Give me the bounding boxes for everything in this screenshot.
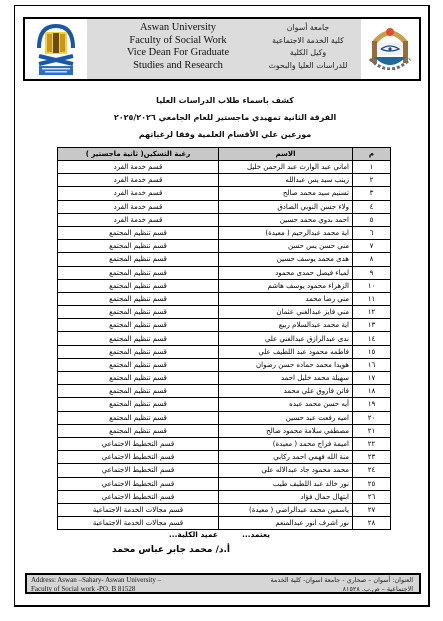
department-preference: قسم تنظيم المجتمع	[58, 266, 219, 279]
row-number: ١٧	[353, 372, 391, 385]
student-name: فاتن فاروق علي محمد	[219, 385, 353, 398]
student-name: اميه رفعت عبد حسين	[219, 411, 353, 424]
address-footer: Address: Aswan –Sahary- Aswan University…	[25, 573, 421, 594]
department-preference: قسم تنظيم المجتمع	[58, 398, 219, 411]
header-arabic-line: جامعة أسوان	[253, 22, 363, 35]
footer-english-line: Address: Aswan –Sahary- Aswan University…	[31, 576, 161, 585]
row-number: ٢٧	[353, 503, 391, 516]
student-name: أيه حسن محمد عبده	[219, 398, 353, 411]
table-row: ٢زينب سيد يس عبداللهقسم خدمة الفرد	[58, 174, 391, 187]
header-arabic-line: وكيل الكلية	[253, 47, 363, 60]
header-english-line: Faculty of Social Work	[103, 35, 253, 48]
row-number: ١٨	[353, 385, 391, 398]
row-number: ١٥	[353, 345, 391, 358]
student-name: اماني عبد الوارث عبد الرحمن خليل	[219, 161, 353, 174]
table-row: ١٤ندى عبدالرازق عبدالغني عليقسم تنظيم ال…	[58, 332, 391, 345]
student-name: سهيلة محمد خليل احمد	[219, 372, 353, 385]
table-row: ١١مني رضا محمدقسم تنظيم المجتمع	[58, 292, 391, 305]
department-preference: قسم تنظيم المجتمع	[58, 385, 219, 398]
student-name: مصطفي سلامة محمود صالح	[219, 424, 353, 437]
header-arabic-line: للدراسات العليا والبحوث	[253, 60, 363, 73]
footer-arabic: العنوان: أسوان – صحاري - جامعة اسوان- كل…	[243, 576, 413, 593]
student-name: ندى عبدالرازق عبدالغني علي	[219, 332, 353, 345]
title-line-1: كشف باسماء طلاب الدراسات العليا	[60, 92, 390, 109]
table-row: ١٣اية محمد عبدالسلام ربيعقسم تنظيم المجت…	[58, 319, 391, 332]
faculty-logo-icon	[33, 22, 79, 76]
table-row: ٨هدى محمد يوسف حسينقسم تنظيم المجتمع	[58, 253, 391, 266]
footer-english-line: Faculty of Social work -PO. B 81528	[31, 585, 161, 594]
table-row: ١٨فاتن فاروق علي محمدقسم تنظيم المجتمع	[58, 385, 391, 398]
row-number: ١٩	[353, 398, 391, 411]
table-row: ٢١مصطفي سلامة محمود صالحقسم تنظيم المجتم…	[58, 424, 391, 437]
table-row: ١٥فاطمه محمود عبد اللطيف عليقسم تنظيم ال…	[58, 345, 391, 358]
student-name: الزهراء محمود يوسف هاشم	[219, 279, 353, 292]
footer-arabic-line: العنوان: أسوان – صحاري - جامعة اسوان- كل…	[243, 576, 413, 585]
table-row: ٢٠اميه رفعت عبد حسينقسم تنظيم المجتمع	[58, 411, 391, 424]
student-name: مني حسن يس حسن	[219, 240, 353, 253]
department-preference: قسم خدمة الفرد	[58, 187, 219, 200]
header-name: الاسم	[219, 148, 353, 161]
student-name: مني رضا محمد	[219, 292, 353, 305]
department-preference: قسم خدمة الفرد	[58, 200, 219, 213]
table-row: ١٩أيه حسن محمد عبدهقسم تنظيم المجتمع	[58, 398, 391, 411]
header-dept: رغبة التسكين( ثانية ماجستير )	[58, 148, 219, 161]
table-row: ١٧سهيلة محمد خليل احمدقسم تنظيم المجتمع	[58, 372, 391, 385]
department-preference: قسم مجالات الخدمة الاجتماعية	[58, 503, 219, 516]
table-row: ٦اية محمد عبدالرحيم ( معيدة)قسم تنظيم ال…	[58, 226, 391, 239]
student-name: اية محمد عبدالسلام ربيع	[219, 319, 353, 332]
title-line-2: الفرقة الثانية تمهيدي ماجستير للعام الجا…	[60, 109, 390, 126]
department-preference: قسم تنظيم المجتمع	[58, 306, 219, 319]
student-name: زينب سيد يس عبدالله	[219, 174, 353, 187]
table-row: ٢٤محمد محمود جاد عبدالاله عليقسم التخطيط…	[58, 464, 391, 477]
department-preference: قسم مجالات الخدمة الاجتماعية	[58, 517, 219, 530]
department-preference: قسم خدمة الفرد	[58, 213, 219, 226]
table-row: ٢٣منة الله فهمي احمد ركابيقسم التخطيط ال…	[58, 451, 391, 464]
header-arabic-line: كلية الخدمة الاجتماعية	[253, 35, 363, 48]
table-row: ٤ولاء حسن النوبي الصادققسم خدمة الفرد	[58, 200, 391, 213]
row-number: ١٣	[353, 319, 391, 332]
row-number: ٢٤	[353, 464, 391, 477]
department-preference: قسم تنظيم المجتمع	[58, 253, 219, 266]
department-preference: قسم تنظيم المجتمع	[58, 358, 219, 371]
department-preference: قسم تنظيم المجتمع	[58, 332, 219, 345]
approve-label: يعتمد...	[242, 530, 270, 539]
row-number: ٢١	[353, 424, 391, 437]
student-name: منة الله فهمي احمد ركابي	[219, 451, 353, 464]
student-name: اميمة فراج محمد ( معيدة)	[219, 437, 353, 450]
row-number: ٢٣	[353, 451, 391, 464]
row-number: ١	[353, 161, 391, 174]
department-preference: قسم التخطيط الاجتماعي	[58, 490, 219, 503]
table-row: ٥احمد بدوي محمد حسينقسم خدمة الفرد	[58, 213, 391, 226]
department-preference: قسم تنظيم المجتمع	[58, 372, 219, 385]
department-preference: قسم خدمة الفرد	[58, 174, 219, 187]
university-logo-icon	[366, 21, 414, 77]
header-english-line: Vice Dean For Graduate	[103, 47, 253, 60]
header-english-line: Studies and Research	[103, 60, 253, 73]
row-number: ٢٦	[353, 490, 391, 503]
table-row: ٢٥نور خالد عبد اللطيف طيبقسم التخطيط الا…	[58, 477, 391, 490]
department-preference: قسم تنظيم المجتمع	[58, 345, 219, 358]
student-name: ولاء حسن النوبي الصادق	[219, 200, 353, 213]
header-num: م	[353, 148, 391, 161]
student-name: لمياء فيصل حمدى محمود	[219, 266, 353, 279]
row-number: ٢٢	[353, 437, 391, 450]
student-name: مني فايز عبدالغني عثمان	[219, 306, 353, 319]
row-number: ٥	[353, 213, 391, 226]
row-number: ٢٨	[353, 517, 391, 530]
department-preference: قسم تنظيم المجتمع	[58, 240, 219, 253]
department-preference: قسم خدمة الفرد	[58, 161, 219, 174]
table-row: ١٢مني فايز عبدالغني عثمانقسم تنظيم المجت…	[58, 306, 391, 319]
document-titles: كشف باسماء طلاب الدراسات العليا الفرقة ا…	[60, 92, 390, 143]
student-name: نور اشرف انور عبدالمنعم	[219, 517, 353, 530]
row-number: ٩	[353, 266, 391, 279]
title-line-3: موزعين علي الأقسام العلمية وفقا لرغباتهم	[60, 126, 390, 143]
row-number: ١١	[353, 292, 391, 305]
student-name: محمد محمود جاد عبدالاله علي	[219, 464, 353, 477]
department-preference: قسم التخطيط الاجتماعي	[58, 464, 219, 477]
table-row: ٢٨نور اشرف انور عبدالمنعمقسم مجالات الخد…	[58, 517, 391, 530]
row-number: ٢	[353, 174, 391, 187]
department-preference: قسم تنظيم المجتمع	[58, 424, 219, 437]
header-english-line: Aswan University	[103, 22, 253, 35]
footer-arabic-line: الاجتماعية – ص.ب. ٨١٥٢٨	[243, 585, 413, 594]
row-number: ٢٠	[353, 411, 391, 424]
student-name: فاطمه محمود عبد اللطيف علي	[219, 345, 353, 358]
department-preference: قسم التخطيط الاجتماعي	[58, 437, 219, 450]
table-row: ٩لمياء فيصل حمدى محمودقسم تنظيم المجتمع	[58, 266, 391, 279]
header-english: Aswan University Faculty of Social Work …	[103, 22, 253, 72]
student-name: ياسمين محمد عبدالراضي ( معيدة)	[219, 503, 353, 516]
department-preference: قسم التخطيط الاجتماعي	[58, 477, 219, 490]
faculty-logo	[25, 19, 87, 79]
dean-name: أ.د/ محمد جابر عباس محمد	[80, 545, 230, 555]
row-number: ١٠	[353, 279, 391, 292]
table-row: ٧مني حسن يس حسنقسم تنظيم المجتمع	[58, 240, 391, 253]
header-arabic: جامعة أسوان كلية الخدمة الاجتماعية وكيل …	[253, 22, 363, 72]
department-preference: قسم تنظيم المجتمع	[58, 292, 219, 305]
table-row: ٢٦ابتهال جمال فؤادقسم التخطيط الاجتماعي	[58, 490, 391, 503]
student-name: هدى محمد يوسف حسين	[219, 253, 353, 266]
row-number: ٦	[353, 226, 391, 239]
row-number: ٣	[353, 187, 391, 200]
department-preference: قسم تنظيم المجتمع	[58, 226, 219, 239]
student-name: احمد بدوي محمد حسين	[219, 213, 353, 226]
row-number: ٤	[353, 200, 391, 213]
row-number: ١٢	[353, 306, 391, 319]
dean-label: عميد الكلية...	[169, 530, 218, 539]
student-name: نور خالد عبد اللطيف طيب	[219, 477, 353, 490]
table-body: ١اماني عبد الوارث عبد الرحمن خليلقسم خدم…	[58, 161, 391, 530]
row-number: ١٦	[353, 358, 391, 371]
table-row: ٢٢اميمة فراج محمد ( معيدة)قسم التخطيط ال…	[58, 437, 391, 450]
students-table: م الاسم رغبة التسكين( ثانية ماجستير ) ١ا…	[57, 147, 391, 530]
table-header-row: م الاسم رغبة التسكين( ثانية ماجستير )	[58, 148, 391, 161]
table-row: ١٠الزهراء محمود يوسف هاشمقسم تنظيم المجت…	[58, 279, 391, 292]
letterhead: Aswan University Faculty of Social Work …	[23, 17, 421, 81]
row-number: ١٤	[353, 332, 391, 345]
table-row: ٣تسنيم سيد محمد صالحقسم خدمة الفرد	[58, 187, 391, 200]
footer-english: Address: Aswan –Sahary- Aswan University…	[31, 576, 161, 593]
table-row: ٢٧ياسمين محمد عبدالراضي ( معيدة)قسم مجال…	[58, 503, 391, 516]
table-row: ١٦هويدا محمد حماده حسن رضوانقسم تنظيم ال…	[58, 358, 391, 371]
student-name: تسنيم سيد محمد صالح	[219, 187, 353, 200]
aswan-university-logo	[361, 19, 419, 79]
table-row: ١اماني عبد الوارث عبد الرحمن خليلقسم خدم…	[58, 161, 391, 174]
student-name: ابتهال جمال فؤاد	[219, 490, 353, 503]
row-number: ٢٥	[353, 477, 391, 490]
department-preference: قسم تنظيم المجتمع	[58, 279, 219, 292]
student-name: هويدا محمد حماده حسن رضوان	[219, 358, 353, 371]
department-preference: قسم تنظيم المجتمع	[58, 319, 219, 332]
department-preference: قسم تنظيم المجتمع	[58, 411, 219, 424]
student-name: اية محمد عبدالرحيم ( معيدة)	[219, 226, 353, 239]
row-number: ٧	[353, 240, 391, 253]
department-preference: قسم التخطيط الاجتماعي	[58, 451, 219, 464]
row-number: ٨	[353, 253, 391, 266]
